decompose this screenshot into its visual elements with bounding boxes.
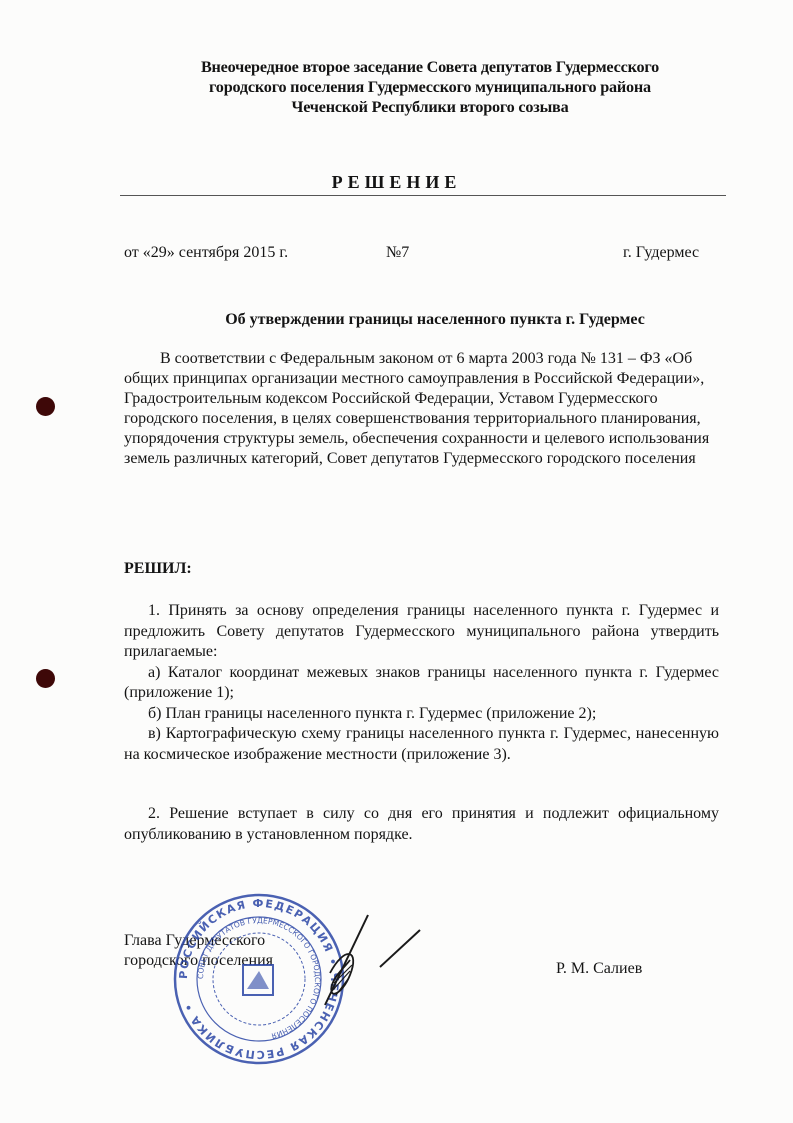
document-city: г. Гудермес xyxy=(623,244,699,262)
header-line: Чеченской Республики второго созыва xyxy=(150,97,710,117)
document-number: №7 xyxy=(386,244,409,262)
subitem-b: б) План границы населенного пункта г. Гу… xyxy=(124,704,719,725)
punch-hole-mark xyxy=(36,669,55,688)
resolution-item-1: 1. Принять за основу определения границы… xyxy=(124,601,719,765)
preamble-text: В соответствии с Федеральным законом от … xyxy=(124,349,714,469)
subitem-c: в) Картографическую схему границы населе… xyxy=(124,724,719,765)
resolution-item-2: 2. Решение вступает в силу со дня его пр… xyxy=(124,804,719,845)
document-page: Внеочередное второе заседание Совета деп… xyxy=(0,0,793,1123)
item-text: 1. Принять за основу определения границы… xyxy=(124,601,719,663)
signatory-name: Р. М. Салиев xyxy=(556,960,642,978)
header-line: городского поселения Гудермесского муниц… xyxy=(150,77,710,97)
title-divider xyxy=(120,195,726,196)
punch-hole-mark xyxy=(36,397,55,416)
preamble: В соответствии с Федеральным законом от … xyxy=(124,349,714,469)
header-line: Внеочередное второе заседание Совета деп… xyxy=(150,57,710,77)
document-header: Внеочередное второе заседание Совета деп… xyxy=(150,57,710,117)
document-title: РЕШЕНИЕ xyxy=(0,172,793,193)
resolved-heading: РЕШИЛ: xyxy=(124,560,192,578)
item-text: 2. Решение вступает в силу со дня его пр… xyxy=(124,804,719,845)
handwritten-signature xyxy=(290,905,430,1015)
document-date: от «29» сентября 2015 г. xyxy=(124,244,288,262)
subitem-a: а) Каталог координат межевых знаков гран… xyxy=(124,663,719,704)
document-subject: Об утверждении границы населенного пункт… xyxy=(110,311,710,329)
